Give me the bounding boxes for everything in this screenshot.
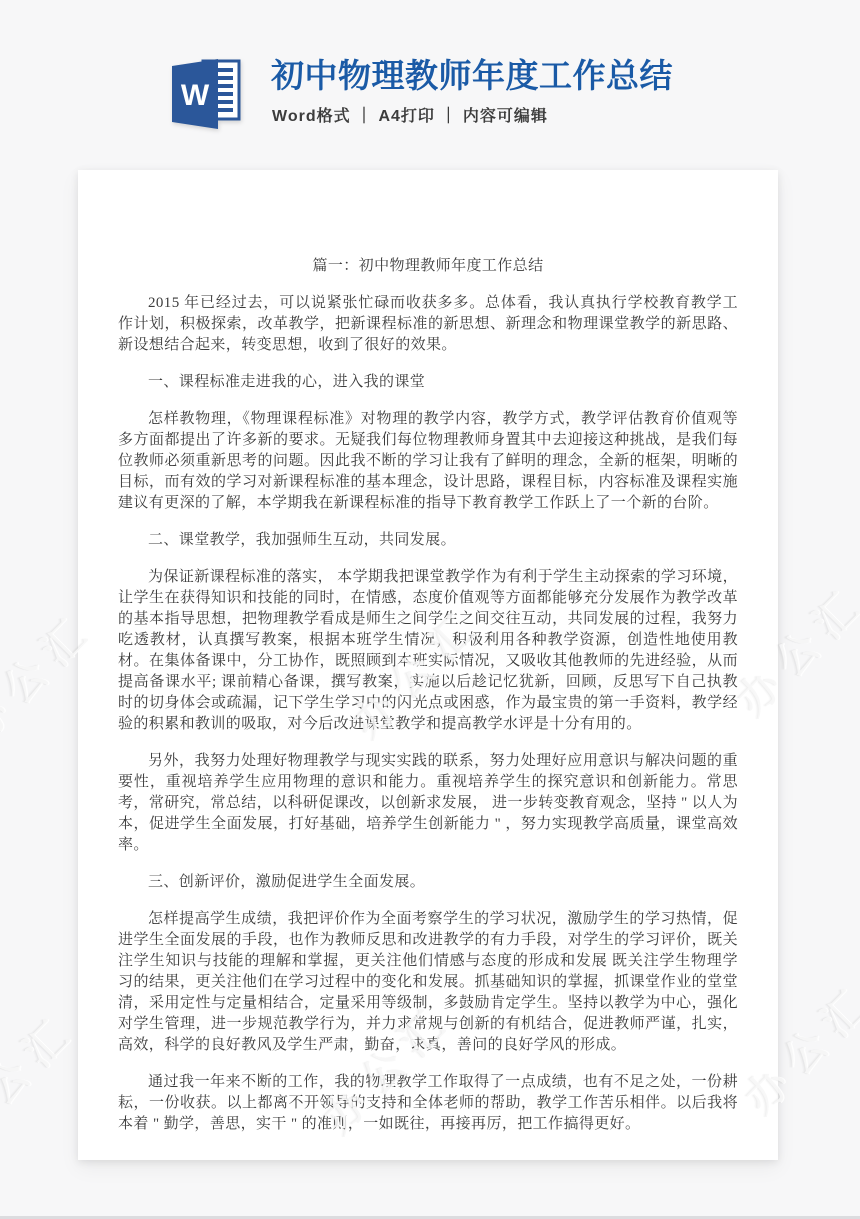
document-paragraph: 为保证新课程标准的落实， 本学期我把课堂教学作为有利于学生主动探索的学习环境，让… — [118, 567, 738, 735]
document-heading: 一、课程标准走进我的心，进入我的课堂 — [118, 372, 738, 393]
document-heading: 三、创新评价，激励促进学生全面发展。 — [118, 872, 738, 893]
document-paragraph: 另外，我努力处理好物理教学与现实实践的联系，努力处理好应用意识与解决问题的重要性… — [118, 751, 738, 856]
page-subtitle: Word格式 ｜ A4打印 ｜ 内容可编辑 — [272, 103, 548, 126]
document-blocks: 篇一：初中物理教师年度工作总结2015 年已经过去，可以说紧张忙碌而收获多多。总… — [118, 256, 738, 1135]
document-paragraph: 2015 年已经过去，可以说紧张忙碌而收获多多。总体看，我认真执行学校教育教学工… — [118, 293, 738, 356]
document-heading: 二、课堂教学，我加强师生互动，共同发展。 — [118, 530, 738, 551]
document-heading: 篇一：初中物理教师年度工作总结 — [118, 256, 738, 277]
word-document-icon: W — [166, 56, 244, 134]
document-paragraph: 通过我一年来不断的工作，我的物理教学工作取得了一点成绩，也有不足之处，一份耕耘，… — [118, 1072, 738, 1135]
document-paragraph: 怎样教物理，《物理课程标准》对物理的教学内容，教学方式，教学评估教育价值观等多方… — [118, 409, 738, 514]
document-paragraph: 怎样提高学生成绩，我把评价作为全面考察学生的学习状况，激励学生的学习热情，促进学… — [118, 909, 738, 1056]
word-icon-letter: W — [181, 79, 210, 112]
page-title: 初中物理教师年度工作总结 — [271, 50, 673, 97]
document-card: 篇一：初中物理教师年度工作总结2015 年已经过去，可以说紧张忙碌而收获多多。总… — [78, 170, 778, 1160]
word-icon-svg: W — [166, 56, 244, 134]
header: W 初中物理教师年度工作总结 Word格式 ｜ A4打印 ｜ 内容可编辑 — [0, 0, 860, 150]
page-background: W 初中物理教师年度工作总结 Word格式 ｜ A4打印 ｜ 内容可编辑 篇一：… — [0, 0, 860, 1219]
